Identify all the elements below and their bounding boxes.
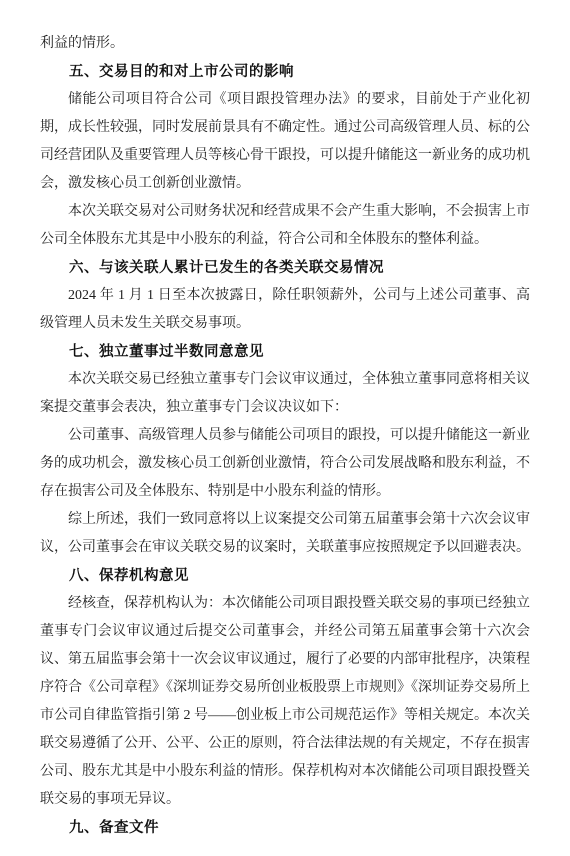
section-7-paragraph-2: 公司董事、高级管理人员参与储能公司项目的跟投，可以提升储能这一新业务的成功机会，… [40,422,530,506]
section-7-paragraph-1: 本次关联交易已经独立董事专门会议审议通过，全体独立董事同意将相关议案提交董事会表… [40,366,530,422]
section-heading-8-sponsor-opinion: 八、保荐机构意见 [40,562,530,590]
section-heading-9-reference-documents: 九、备查文件 [40,814,530,842]
section-5-paragraph-2: 本次关联交易对公司财务状况和经营成果不会产生重大影响，不会损害上市公司全体股东尤… [40,198,530,254]
section-6-paragraph-1: 2024 年 1 月 1 日至本次披露日，除任职领薪外，公司与上述公司董事、高级… [40,282,530,338]
section-heading-5-transaction-purpose: 五、交易目的和对上市公司的影响 [40,58,530,86]
section-8-paragraph-1: 经核查，保荐机构认为：本次储能公司项目跟投暨关联交易的事项已经独立董事专门会议审… [40,590,530,814]
paragraph-continuation: 利益的情形。 [40,30,530,58]
section-7-paragraph-3: 综上所述，我们一致同意将以上议案提交公司第五届董事会第十六次会议审议，公司董事会… [40,506,530,562]
section-5-paragraph-1: 储能公司项目符合公司《项目跟投管理办法》的要求，目前处于产业化初期，成长性较强，… [40,86,530,198]
section-heading-7-independent-directors-opinion: 七、独立董事过半数同意意见 [40,338,530,366]
section-heading-6-related-transactions: 六、与该关联人累计已发生的各类关联交易情况 [40,254,530,282]
document-page: 利益的情形。 五、交易目的和对上市公司的影响 储能公司项目符合公司《项目跟投管理… [0,0,570,856]
